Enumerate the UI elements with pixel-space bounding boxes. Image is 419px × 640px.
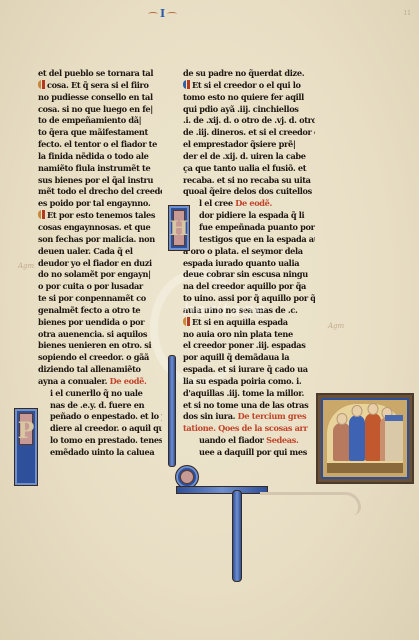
- text-line: et si no tome una de las otras: [183, 400, 315, 412]
- text-line: diziendo tal allenamiẽto: [38, 364, 162, 376]
- text-line: sus bienes por el q̃al instru: [38, 175, 162, 187]
- manuscript-page: I 11 et del pueblo se tornara tal cosa. …: [0, 0, 419, 640]
- text-line: genalmẽt fecto a otro te: [38, 305, 162, 317]
- quire-mark: I: [148, 8, 177, 19]
- illuminated-initial-p: P: [14, 408, 38, 486]
- text-line: na del creedor aquillo por q̃a: [183, 281, 315, 293]
- rubric-line: tatione. Qoes de la scosas arr: [183, 423, 315, 435]
- text-line: lia su espada poiria como. i.: [183, 376, 315, 388]
- text-line: espada iurado quanto ualia: [183, 258, 315, 270]
- text-line: tomo esto no quiere fer aqill: [183, 92, 315, 104]
- text-line: peñado o enpestado. et lo p: [50, 411, 162, 423]
- text-line: fecto. el tentor o el fiador te: [38, 139, 162, 151]
- text-line: uee a daquill por qui mes: [199, 447, 315, 459]
- pilcrow-icon: [38, 80, 45, 89]
- text-line: emẽdado uinto la caluea: [50, 447, 162, 459]
- text-line: do no solamẽt por engayn|: [38, 269, 162, 281]
- section-indented: dor pidiere la espada q̃ li fue empeñnad…: [183, 210, 315, 246]
- descender-decoration: [232, 490, 242, 582]
- figure-orange-robe: [365, 413, 381, 461]
- text-line: diere al creedor. o aquil qui: [50, 423, 162, 435]
- text-line: Et si el creedor o el qui lo: [183, 80, 315, 92]
- text-line: .i. de .xij. d. o otro de .vj. d. otro: [183, 115, 315, 127]
- text-line: der el de .xij. d. uiren la cabe: [183, 151, 315, 163]
- quire-number: I: [160, 8, 165, 19]
- text-line: fue empeñnada puanto por: [199, 222, 315, 234]
- miniature-illustration: [316, 393, 414, 484]
- text-line: to q̃era que mãifestament: [38, 127, 162, 139]
- text-line: et del pueblo se tornara tal: [38, 68, 162, 80]
- building: [385, 415, 403, 461]
- text-line: recaba. et si no recaba su uita: [183, 175, 315, 187]
- flourish-right: [167, 12, 177, 16]
- folio-number: 11: [403, 10, 411, 17]
- text-line: deudor yo el fiador en duzi: [38, 258, 162, 270]
- text-line: namiẽto fiula instrumẽt te: [38, 163, 162, 175]
- rubric: De eodẽ.: [110, 376, 147, 386]
- text-line: testigos que en la espada auia: [199, 234, 315, 246]
- rubric: Sedeas.: [266, 435, 298, 445]
- text-line: nas de .e.y. d. fuere en: [50, 400, 162, 412]
- figure-blue-robe: [349, 415, 365, 461]
- text-line: Et por esto tenemos tales: [38, 210, 162, 222]
- text-line: el emprestador q̃siere prẽ|: [183, 139, 315, 151]
- text-line: ça que tanto ualia el fusiõ. et: [183, 163, 315, 175]
- text-line: de .iij. dineros. et si el creedor o: [183, 127, 315, 139]
- right-column: de su padre no q̃uerdat dize. Et si el c…: [183, 68, 315, 459]
- text-line: dor pidiere la espada q̃ li: [199, 210, 315, 222]
- watermark: heritage: [183, 300, 353, 330]
- initial-stem-decoration: [168, 355, 176, 467]
- text-line: mẽt todo el drecho del creedor: [38, 186, 162, 198]
- text-line: i el cunerllo q̃ no uale: [50, 388, 162, 400]
- text-line: te si por conpennamẽt co: [38, 293, 162, 305]
- marginal-note: Agm: [18, 262, 34, 270]
- text-line: l el cree De eodẽ.: [183, 198, 315, 210]
- text-line: a oro o plata. el seymor dela: [183, 246, 315, 258]
- text-line: d'aquillas .iij. tome la millor.: [183, 388, 315, 400]
- text-line: cosas engaynnosas. et que: [38, 222, 162, 234]
- rubric: De eodẽ.: [235, 198, 272, 208]
- text-line: es poido por tal engaynno.: [38, 198, 162, 210]
- text-line: otra auenencia. si aquilos: [38, 329, 162, 341]
- initial-letter: H: [170, 216, 189, 240]
- text-line: la finida nẽdida o todo ale: [38, 151, 162, 163]
- text-line: qui pdio ayã .iij. cinchiellos: [183, 104, 315, 116]
- text-line: sopiendo el creedor. o gãã: [38, 352, 162, 364]
- text-line: lo tomo en prestado. tenes: [50, 435, 162, 447]
- paragraph-after-initial: i el cunerllo q̃ no uale nas de .e.y. d.…: [38, 388, 162, 459]
- text-line: uando el fiador Sedeas.: [199, 435, 315, 447]
- initial-letter: P: [18, 418, 35, 444]
- text-line: espada. et si iurare q̃ cado ua: [183, 364, 315, 376]
- illuminated-initial-h: H: [168, 205, 190, 251]
- rubric: De tercium gres: [238, 411, 307, 421]
- text-line: deuen ualer. Cada q̃ el: [38, 246, 162, 258]
- pilcrow-icon: [183, 80, 190, 89]
- text-line: ayna a conualer. De eodẽ.: [38, 376, 162, 388]
- dragon-tail-decoration: [260, 492, 361, 515]
- text-line: de su padre no q̃uerdat dize.: [183, 68, 315, 80]
- text-line: bienes por uendida o por: [38, 317, 162, 329]
- text-line: por aquill q̃ demãdaua la: [183, 352, 315, 364]
- final-paragraph: uando el fiador Sedeas. uee a daquill po…: [183, 435, 315, 459]
- text-line: no auia oro nin plata tene: [183, 329, 315, 341]
- text-line: cosa. si no que luego en fe|: [38, 104, 162, 116]
- text-line: cosa. Et q̃ sera si el fiiro: [38, 80, 162, 92]
- text-line: bienes uenieren en otro. si: [38, 340, 162, 352]
- text-line: deue cobrar sin escusa ningu: [183, 269, 315, 281]
- text-line: el creedor poner .iij. espadas: [183, 340, 315, 352]
- flourish-left: [148, 12, 158, 16]
- pilcrow-icon: [38, 210, 45, 219]
- text-line: dos sin iura. De tercium gres: [183, 411, 315, 423]
- text-line: son fechas por malicia. non: [38, 234, 162, 246]
- bar-decoration: [176, 486, 268, 494]
- left-column: et del pueblo se tornara tal cosa. Et q̃…: [38, 68, 162, 459]
- text-line: quoal q̃eire delos dos cuitellos: [183, 186, 315, 198]
- text-line: no pudiesse consello en tal: [38, 92, 162, 104]
- text-line: to de empeñamiento dã|: [38, 115, 162, 127]
- text-line: o por cuita o por lusadar: [38, 281, 162, 293]
